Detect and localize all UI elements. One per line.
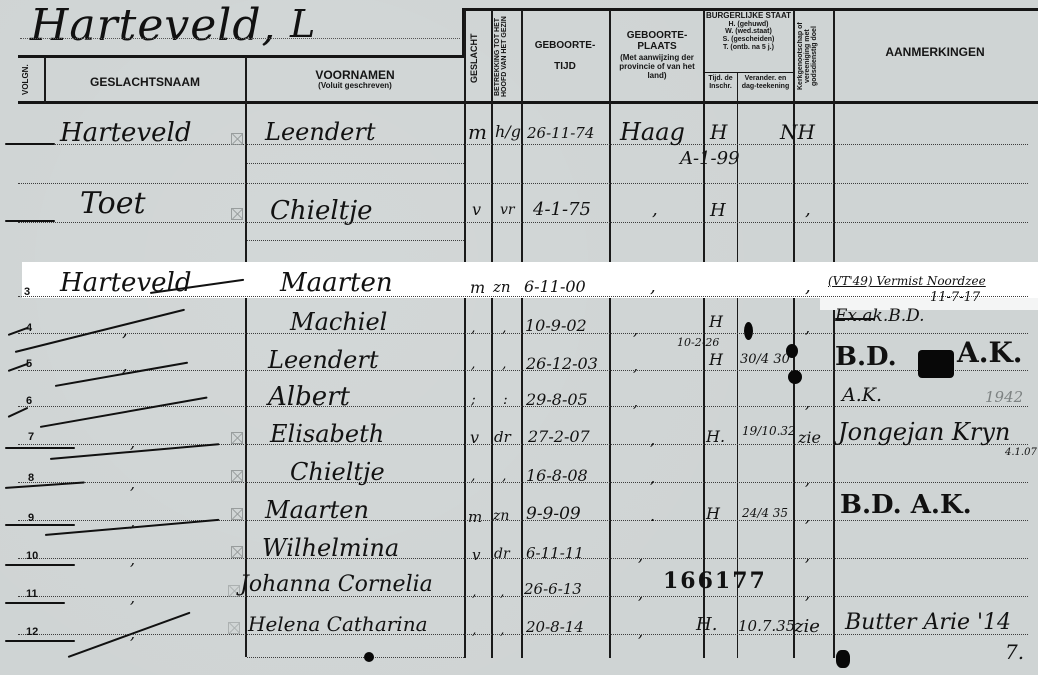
sex: m	[470, 278, 485, 297]
civil-status: H	[710, 120, 727, 144]
surname: Harteveld	[60, 268, 191, 298]
church: ,	[805, 199, 811, 220]
notes-stamp: A.K.	[957, 336, 1023, 369]
crossed-box-icon	[231, 133, 243, 145]
col-divider-relation	[521, 10, 523, 658]
birth-place: ,	[638, 584, 643, 603]
col-divider-birthplace	[703, 10, 705, 658]
header-voornamen-sub: (Voluit geschreven)	[250, 82, 460, 91]
surname: ,	[130, 474, 135, 493]
row-number: 10	[26, 550, 38, 562]
birth-place: ,	[633, 392, 638, 411]
row-line	[18, 333, 1028, 334]
row-line	[18, 482, 1028, 483]
col-divider-surname	[245, 57, 247, 657]
birth-date: 6-11-00	[524, 277, 586, 296]
civil-status: H	[709, 350, 723, 369]
row-number: 5	[26, 358, 32, 370]
surname: ,	[130, 512, 135, 531]
birth-date: 16-8-08	[526, 466, 588, 485]
birth-place: ,	[633, 356, 638, 375]
header-burgerlijke-staat: BURGERLIJKE STAAT H. (gehuwd) W. (wed.st…	[704, 12, 793, 52]
relation: zn	[493, 278, 511, 296]
notes: A.K.	[842, 384, 882, 406]
strike-mark	[5, 564, 75, 566]
row-line	[18, 222, 1028, 223]
header-geboorteplaats: GEBOORTE-PLAATS (Met aanwijzing der prov…	[612, 30, 702, 80]
church: zie	[798, 428, 821, 447]
col-divider-church	[833, 10, 835, 658]
register-number-stamp: 166177	[663, 568, 767, 594]
birth-place: ,	[650, 276, 656, 297]
surname: Toet	[80, 186, 146, 221]
birth-date: 9-9-09	[526, 504, 581, 524]
header-bs-line1: H. (gehuwd)	[704, 21, 793, 29]
row-line	[18, 596, 1028, 597]
civil-status: H	[709, 312, 723, 331]
sex: ,	[471, 320, 475, 336]
civil-status-change: 24/4 35	[742, 506, 788, 520]
col-divider-birthdate	[609, 10, 611, 658]
notes: Butter Arie '14	[845, 610, 1011, 635]
given-names: Elisabeth	[270, 420, 384, 448]
ink-blot	[836, 650, 850, 668]
sex: v	[470, 428, 479, 447]
strike-mark	[835, 318, 875, 320]
church: ,	[805, 507, 810, 526]
sex: ,	[471, 468, 475, 484]
relation: ,	[502, 356, 506, 372]
header-geboorteplaats-label: GEBOORTE-PLAATS	[612, 30, 702, 52]
ink-blot	[788, 370, 802, 384]
given-names: Leendert	[268, 346, 378, 374]
relation: ,	[500, 622, 504, 638]
birth-date: 26-11-74	[527, 124, 594, 142]
birth-date: 20-8-14	[526, 618, 584, 636]
birth-place: ,	[638, 546, 643, 565]
row-line	[18, 406, 1028, 407]
header-bs-line4: T. (ontb. na 5 j.)	[704, 44, 793, 52]
header-volgn: VOLGN.	[22, 60, 38, 100]
given-names: Helena Catharina	[248, 612, 428, 636]
header-geslachtsnaam: GESLACHTSNAAM	[60, 76, 230, 89]
surname: Harteveld	[60, 118, 191, 148]
ink-blot	[364, 652, 374, 662]
row-line	[18, 183, 1028, 184]
crossed-box-icon	[231, 470, 243, 482]
col-divider-given	[464, 10, 466, 658]
header-bottom-rule	[18, 101, 1038, 104]
given-names: Leendert	[265, 118, 375, 146]
church: NH	[780, 120, 815, 144]
sex: m	[468, 120, 487, 144]
given-subline	[247, 240, 464, 241]
birth-date: 26-6-13	[524, 580, 582, 598]
strike-mark	[5, 524, 75, 526]
surname: ,	[122, 355, 128, 376]
notes-stamp: B.D. A.K.	[840, 490, 972, 520]
crossed-box-icon	[231, 546, 243, 558]
header-aanmerkingen: AANMERKINGEN	[840, 46, 1030, 59]
church: zie	[794, 616, 820, 637]
header-geboortetijd-2: TIJD	[522, 61, 608, 72]
bs-subheader-rule	[703, 72, 793, 73]
church: ,	[805, 393, 810, 412]
civil-status: H	[710, 200, 726, 221]
civil-status-change: 10-2-26	[677, 336, 719, 349]
strike-mark	[5, 143, 55, 145]
header-voornamen: VOORNAMEN (Voluit geschreven)	[250, 69, 460, 91]
notes-faint: 1942	[985, 388, 1023, 406]
church: ,	[805, 546, 810, 565]
relation: dr	[494, 546, 510, 562]
relation: ,	[502, 320, 506, 336]
strike-mark	[15, 309, 185, 353]
row-number: 3	[24, 286, 30, 298]
birth-place: Haag	[620, 118, 685, 146]
strike-mark	[40, 396, 208, 427]
given-names: Wilhelmina	[262, 534, 399, 562]
given-names: Maarten	[280, 268, 393, 298]
civil-status: H.	[696, 614, 717, 635]
notes: (VT'49) Vermist Noordzee	[828, 274, 986, 288]
given-names: Chieltje	[290, 458, 385, 486]
birth-place: ,	[633, 320, 638, 339]
given-names: Chieltje	[270, 196, 373, 226]
notes-date: 11-7-17	[930, 290, 980, 305]
row-number: 12	[26, 626, 38, 638]
crossed-box-icon	[231, 208, 243, 220]
ink-blot	[744, 322, 753, 340]
relation: ,	[502, 468, 506, 484]
sex: v	[472, 546, 480, 564]
civil-status: H	[706, 504, 720, 523]
col-divider-sex	[491, 10, 493, 658]
notes: Jongejan Kryn	[838, 418, 1010, 446]
birth-date: 4-1-75	[533, 199, 591, 220]
header-geslacht: GESLACHT	[470, 18, 486, 98]
strike-mark	[5, 602, 65, 604]
header-geboortetijd-1: GEBOORTE-	[522, 40, 608, 51]
surname: ,	[130, 433, 135, 452]
col-divider-bs	[793, 10, 795, 658]
notes-date: 4.1.07	[1005, 447, 1037, 458]
header-tijd-inschr: Tijd. de Inschr.	[704, 75, 737, 90]
crossed-box-icon	[231, 508, 243, 520]
church: ,	[805, 470, 810, 489]
sex: ,	[472, 622, 476, 638]
surname: ,	[130, 550, 135, 569]
birth-date: 10-9-02	[525, 316, 587, 335]
birth-place: ,	[652, 199, 658, 220]
surname: ,	[122, 320, 128, 341]
relation: h/g	[495, 122, 521, 141]
row-number: 7	[28, 431, 34, 443]
civil-status-change: 10.7.35	[738, 617, 795, 635]
notes-stamp: B.D.	[835, 342, 897, 372]
church: ,	[805, 584, 810, 603]
header-bs-label: BURGERLIJKE STAAT	[704, 12, 793, 21]
given-names: Albert	[268, 382, 350, 412]
birth-date: 6-11-11	[526, 544, 584, 562]
relation: :	[503, 392, 508, 408]
relation: vr	[500, 202, 515, 218]
col-divider-volgn	[44, 57, 46, 103]
sex: m	[468, 508, 482, 526]
given-names: Johanna Cornelia	[240, 572, 433, 597]
strike-mark	[5, 220, 55, 222]
crossed-box-icon	[228, 585, 240, 597]
row-number: 8	[28, 472, 34, 484]
civil-status: H.	[706, 427, 725, 446]
date-annotation: A-1-99	[680, 148, 740, 169]
surname: ,	[130, 588, 135, 607]
given-names: Machiel	[290, 308, 387, 336]
header-geboorteplaats-sub: (Met aanwijzing der provincie of van het…	[612, 54, 702, 80]
crossed-box-icon	[231, 432, 243, 444]
card-initial: L	[290, 2, 315, 46]
header-verander: Verander. en dag-teekening	[738, 75, 793, 90]
ink-blot	[918, 350, 954, 378]
row-number: 11	[26, 588, 38, 600]
row-number: 6	[26, 395, 32, 407]
church: ,	[805, 318, 810, 337]
family-register-card: Harteveld, L VOLGN. GESLACHTSNAAM VOORNA…	[0, 0, 1038, 675]
header-kerkgenootschap: Kerkgenootschap of vereeniging met godsd…	[797, 12, 831, 100]
ink-blot	[786, 344, 798, 358]
birth-place: ,	[650, 430, 655, 449]
surname: ,	[130, 624, 135, 643]
birth-date: 29-8-05	[526, 390, 588, 409]
title-dotted-line	[20, 38, 460, 39]
row-number: 4	[26, 322, 32, 334]
sex: ,	[472, 584, 476, 600]
relation: ,	[500, 584, 504, 600]
birth-date: 27-2-07	[528, 427, 590, 446]
relation: zn	[493, 508, 509, 524]
sex: v	[472, 200, 481, 219]
sex: ;	[471, 392, 476, 408]
row-line	[18, 558, 1028, 559]
civil-status-change: 30/4 30	[740, 352, 790, 367]
header-betrekking: BETREKKING TOT HET HOOFD VAN HET GEZIN	[494, 14, 520, 100]
crossed-box-icon	[228, 622, 240, 634]
civil-status-change: 19/10.32	[742, 424, 796, 438]
strike-mark	[5, 447, 75, 449]
given-subline	[247, 657, 464, 658]
header-bs-line3: S. (gescheiden)	[704, 36, 793, 44]
relation: dr	[494, 428, 511, 446]
notes-page: 7.	[1005, 640, 1024, 664]
birth-place: ,	[638, 622, 643, 641]
given-subline	[247, 163, 464, 164]
given-names: Maarten	[265, 496, 369, 524]
header-geboortetijd: GEBOORTE- TIJD	[522, 40, 608, 72]
notes: Ex.ak.B.D.	[835, 306, 925, 326]
header-bs-line2: W. (wed.staat)	[704, 28, 793, 36]
strike-mark	[5, 640, 75, 642]
birth-date: 26-12-03	[526, 354, 598, 373]
birth-place: ,	[650, 468, 655, 487]
strike-mark	[8, 407, 29, 418]
church: ,	[805, 276, 811, 297]
row-number: 9	[28, 512, 34, 524]
header-left-top-rule	[18, 55, 465, 58]
sex: ,	[471, 356, 475, 372]
card-family-name: Harteveld,	[30, 0, 276, 51]
birth-place: .	[650, 506, 655, 525]
row-line	[18, 520, 1028, 521]
